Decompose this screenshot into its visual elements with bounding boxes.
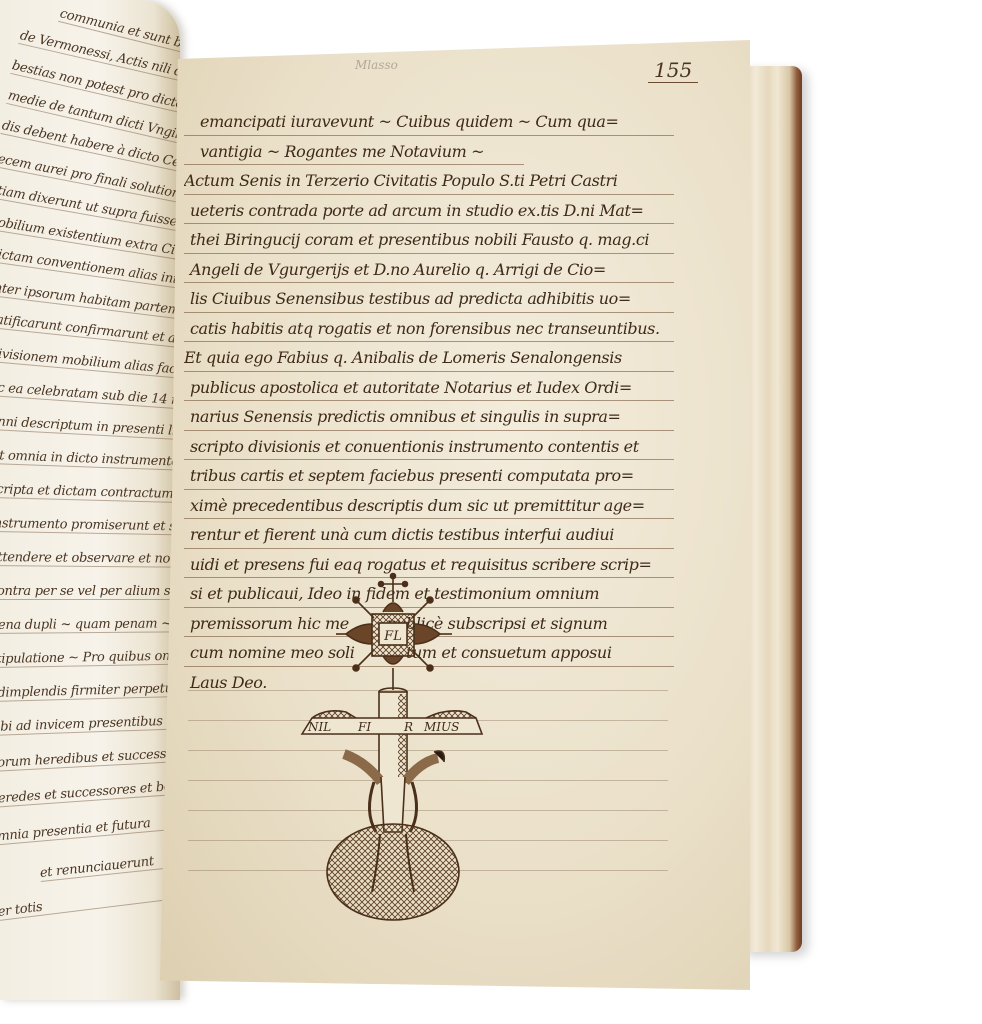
text-line: lis Ciuibus Senensibus testibus ad predi…	[184, 283, 674, 313]
monogram-text: FL	[383, 629, 402, 644]
text-line: tribus cartis et septem faciebus present…	[184, 460, 674, 490]
banner-text-far-right: MIUS	[423, 720, 459, 734]
left-page-line: inter ipsorum habitam partem suam; Et	[0, 280, 180, 320]
banner-text-left: NIL	[307, 720, 331, 734]
text-line: Actum Senis in Terzerio Civitatis Populo…	[184, 165, 674, 195]
text-line: rentur et fierent unà cum dictis testibu…	[184, 519, 674, 549]
text-line: ximè precedentibus descriptis dum sic ut…	[184, 490, 674, 520]
text-line: vantigia ~ Rogantes me Notavium ~	[184, 136, 524, 166]
left-page-line: stipulatione ~ Pro quibus omnibus et sin…	[0, 649, 180, 668]
text-line: Angeli de Vgurgerijs et D.no Aurelio q. …	[184, 254, 674, 284]
text-line: thei Biringucij coram et presentibus nob…	[184, 224, 674, 254]
left-page-line: instrumento promiserunt et se obligarunt	[0, 516, 180, 535]
text-line: scripto divisionis et conuentionis instr…	[184, 431, 674, 461]
left-page-line: Et omnia in dicto instrumento contenta	[0, 448, 180, 471]
left-page-line: pena dupli ~ quam penam ~ et dicti	[0, 616, 180, 634]
left-page-line: contra per se vel per alium seu alios	[0, 584, 180, 600]
left-page-line: adimplendis firmiter perpetuo tenendis	[0, 681, 180, 702]
left-page-line: omnia presentia et futura	[0, 813, 180, 846]
folio-number: 155	[648, 58, 698, 83]
text-line: Et quia ego Fabius q. Anibalis de Lomeri…	[184, 342, 674, 372]
left-page-line: eorum heredibus et successoribus	[0, 746, 180, 772]
left-page-line: et renunciauerunt	[39, 845, 180, 882]
text-line: emancipati iuravevunt ~ Cuibus quidem ~ …	[184, 106, 674, 136]
text-line: ueteris contrada porte ad arcum in studi…	[184, 195, 674, 225]
left-page-line: sibi ad invicem presentibus et acceptant…	[0, 713, 180, 736]
left-page-line: per totis	[0, 882, 180, 922]
notarial-sign-icon: FL NIL FI R MIUS	[296, 572, 486, 932]
pencil-note: Mlasso	[355, 58, 398, 72]
left-page: communia et sunt bestie de Vermonessi, A…	[0, 0, 180, 1000]
text-line: catis habitis atq rogatis et non forensi…	[184, 313, 674, 343]
banner-text-center: FI	[357, 720, 371, 734]
text-line: narius Senensis predictis omnibus et sin…	[184, 401, 674, 431]
left-page-line: heredes et successores et bona	[0, 778, 180, 808]
left-page-line: ratificarunt confirmarunt et appro	[0, 312, 180, 349]
banner-text-right: R	[403, 720, 413, 734]
text-line: publicus apostolica et autoritate Notari…	[184, 372, 674, 402]
left-page-line: ac ea celebratam sub die 14 mensis Iana	[0, 380, 180, 410]
left-page-line: divisionem mobilium alias factam et cont…	[0, 346, 180, 379]
left-page-line: anni descriptum in presenti libro	[0, 414, 180, 440]
left-page-line: attendere et observare et non contra	[0, 550, 180, 568]
left-page-line: scripta et dictam contractum et omnia	[0, 482, 180, 503]
